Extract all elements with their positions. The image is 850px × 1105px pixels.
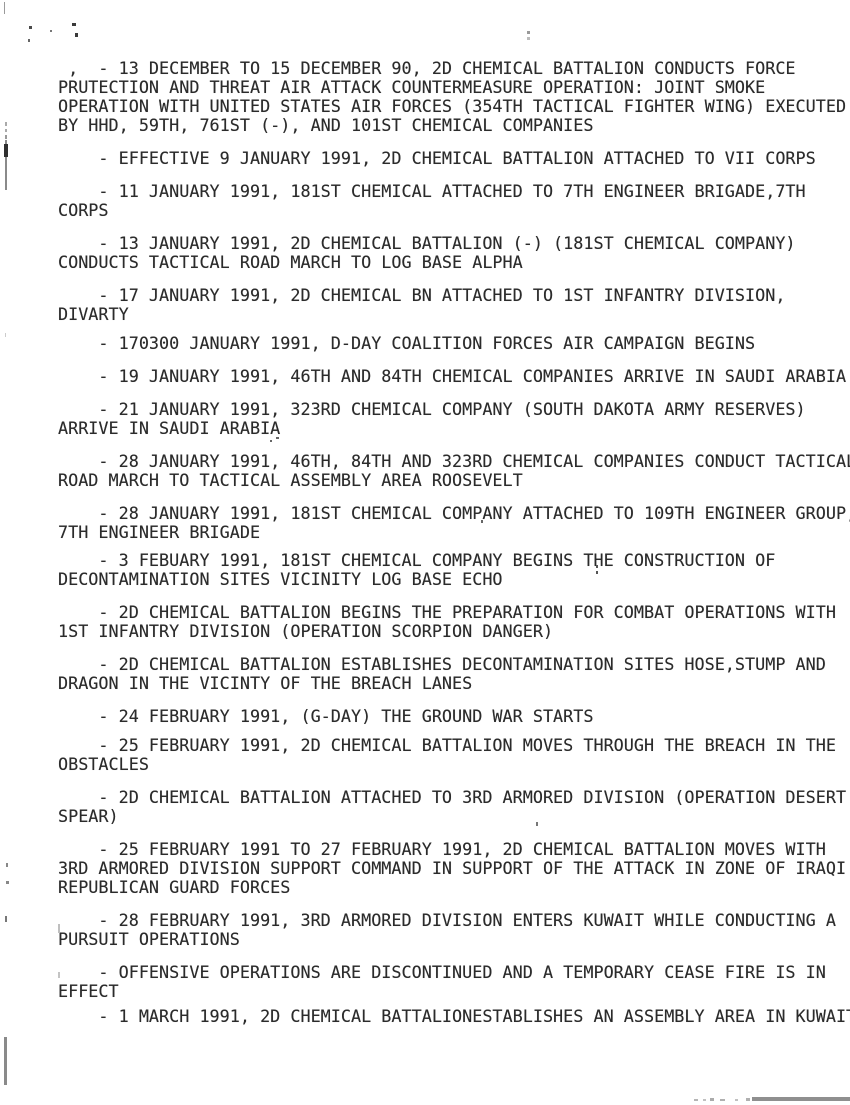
event-paragraph: - 25 FEBRUARY 1991, 2D CHEMICAL BATTALIO… <box>58 736 850 774</box>
event-paragraph: , - 13 DECEMBER TO 15 DECEMBER 90, 2D CH… <box>58 59 850 135</box>
timeline-text: , - 13 DECEMBER TO 15 DECEMBER 90, 2D CH… <box>58 59 850 1026</box>
event-paragraph: - 2D CHEMICAL BATTALION BEGINS THE PREPA… <box>58 603 850 641</box>
text-line: - 13 JANUARY 1991, 2D CHEMICAL BATTALION… <box>58 234 850 253</box>
scan-artifact-bottom-dash <box>710 1098 714 1101</box>
scan-artifact-dot <box>50 30 52 32</box>
text-line: SPEAR) <box>58 807 850 826</box>
event-paragraph: - 170300 JANUARY 1991, D-DAY COALITION F… <box>58 334 850 353</box>
event-paragraph: - 17 JANUARY 1991, 2D CHEMICAL BN ATTACH… <box>58 286 850 324</box>
text-line: REPUBLICAN GUARD FORCES <box>58 878 850 897</box>
text-line: DIVARTY <box>58 305 850 324</box>
text-line: - 21 JANUARY 1991, 323RD CHEMICAL COMPAN… <box>58 400 850 419</box>
event-paragraph: - 21 JANUARY 1991, 323RD CHEMICAL COMPAN… <box>58 400 850 438</box>
scan-artifact-bottom-dash <box>703 1099 706 1101</box>
text-line: EFFECT <box>58 982 850 1001</box>
text-line: OPERATION WITH UNITED STATES AIR FORCES … <box>58 97 850 116</box>
scan-artifact-dot <box>6 863 8 867</box>
text-line: OBSTACLES <box>58 755 850 774</box>
text-line: DECONTAMINATION SITES VICINITY LOG BASE … <box>58 570 850 589</box>
text-line: 7TH ENGINEER BRIGADE <box>58 523 850 542</box>
text-line: PRUTECTION AND THREAT AIR ATTACK COUNTER… <box>58 78 850 97</box>
text-line: - 170300 JANUARY 1991, D-DAY COALITION F… <box>58 334 850 353</box>
text-line: - 17 JANUARY 1991, 2D CHEMICAL BN ATTACH… <box>58 286 850 305</box>
scan-artifact-colon-mark <box>527 31 530 34</box>
text-line: DRAGON IN THE VICINTY OF THE BREACH LANE… <box>58 674 850 693</box>
text-line: ROAD MARCH TO TACTICAL ASSEMBLY AREA ROO… <box>58 471 850 490</box>
event-paragraph: - EFFECTIVE 9 JANUARY 1991, 2D CHEMICAL … <box>58 149 850 168</box>
scan-artifact-dot <box>29 26 32 29</box>
scan-artifact-bottom-dash <box>735 1099 738 1101</box>
text-line: - 11 JANUARY 1991, 181ST CHEMICAL ATTACH… <box>58 182 850 201</box>
text-line: 1ST INFANTRY DIVISION (OPERATION SCORPIO… <box>58 622 850 641</box>
event-paragraph: - 19 JANUARY 1991, 46TH AND 84TH CHEMICA… <box>58 367 850 386</box>
event-paragraph: - 24 FEBRUARY 1991, (G-DAY) THE GROUND W… <box>58 707 850 726</box>
scan-artifact-bottom-dash <box>720 1099 725 1101</box>
scan-artifact-top-left-tick <box>4 2 5 14</box>
scan-artifact-dot <box>6 881 9 884</box>
text-line: 3RD ARMORED DIVISION SUPPORT COMMAND IN … <box>58 859 850 878</box>
text-line: - 2D CHEMICAL BATTALION BEGINS THE PREPA… <box>58 603 850 622</box>
text-line: - 28 FEBRUARY 1991, 3RD ARMORED DIVISION… <box>58 911 850 930</box>
scan-artifact-mark <box>276 437 279 439</box>
scan-artifact-bottom-line <box>752 1097 850 1101</box>
text-line: - EFFECTIVE 9 JANUARY 1991, 2D CHEMICAL … <box>58 149 850 168</box>
text-line: - 2D CHEMICAL BATTALION ATTACHED TO 3RD … <box>58 788 850 807</box>
scan-artifact-dot <box>75 33 78 37</box>
event-paragraph: - OFFENSIVE OPERATIONS ARE DISCONTINUED … <box>58 963 850 1001</box>
scan-artifact-colon-mark <box>527 37 530 40</box>
text-line: CORPS <box>58 201 850 220</box>
scan-artifact-dot <box>5 333 6 337</box>
text-line: - OFFENSIVE OPERATIONS ARE DISCONTINUED … <box>58 963 850 982</box>
text-line: - 19 JANUARY 1991, 46TH AND 84TH CHEMICA… <box>58 367 850 386</box>
scan-artifact-tick <box>58 972 60 978</box>
event-paragraph: - 25 FEBRUARY 1991 TO 27 FEBRUARY 1991, … <box>58 840 850 897</box>
scan-artifact-left-bar-dash <box>5 122 7 126</box>
text-line: - 1 MARCH 1991, 2D CHEMICAL BATTALIONEST… <box>58 1007 850 1026</box>
scan-artifact-left-bar-bottom <box>4 1037 7 1085</box>
scan-artifact-dot <box>5 916 7 922</box>
event-paragraph: - 2D CHEMICAL BATTALION ESTABLISHES DECO… <box>58 655 850 693</box>
scan-artifact-bottom-dash <box>694 1099 698 1101</box>
text-line: - 25 FEBRUARY 1991, 2D CHEMICAL BATTALIO… <box>58 736 850 755</box>
event-paragraph: - 3 FEBUARY 1991, 181ST CHEMICAL COMPANY… <box>58 551 850 589</box>
text-line: BY HHD, 59TH, 761ST (-), AND 101ST CHEMI… <box>58 116 850 135</box>
text-line: - 25 FEBRUARY 1991 TO 27 FEBRUARY 1991, … <box>58 840 850 859</box>
event-paragraph: - 28 JANUARY 1991, 46TH, 84TH AND 323RD … <box>58 452 850 490</box>
text-line: - 2D CHEMICAL BATTALION ESTABLISHES DECO… <box>58 655 850 674</box>
scan-artifact-dot <box>72 23 76 26</box>
text-line: - 24 FEBRUARY 1991, (G-DAY) THE GROUND W… <box>58 707 850 726</box>
event-paragraph: - 28 FEBRUARY 1991, 3RD ARMORED DIVISION… <box>58 911 850 949</box>
text-line: PURSUIT OPERATIONS <box>58 930 850 949</box>
text-line: - 3 FEBUARY 1991, 181ST CHEMICAL COMPANY… <box>58 551 850 570</box>
event-paragraph: - 11 JANUARY 1991, 181ST CHEMICAL ATTACH… <box>58 182 850 220</box>
scan-artifact-bottom-dash <box>746 1098 750 1101</box>
text-line: ARRIVE IN SAUDI ARABIA <box>58 419 850 438</box>
event-paragraph: - 2D CHEMICAL BATTALION ATTACHED TO 3RD … <box>58 788 850 826</box>
event-paragraph: - 1 MARCH 1991, 2D CHEMICAL BATTALIONEST… <box>58 1007 850 1026</box>
scan-artifact-dot <box>481 520 483 523</box>
scan-artifact-tick <box>58 924 60 933</box>
text-line: - 28 JANUARY 1991, 181ST CHEMICAL COMPAN… <box>58 504 850 523</box>
scan-artifact-left-bar-dark <box>4 144 8 157</box>
scan-artifact-mark <box>536 822 538 826</box>
scan-artifact-left-bar-dash <box>5 129 7 132</box>
text-line: - 28 JANUARY 1991, 46TH, 84TH AND 323RD … <box>58 452 850 471</box>
scan-artifact-colon-mark <box>596 571 598 574</box>
scan-artifact-mark <box>270 440 272 442</box>
event-paragraph: - 28 JANUARY 1991, 181ST CHEMICAL COMPAN… <box>58 504 850 542</box>
document-page: , - 13 DECEMBER TO 15 DECEMBER 90, 2D CH… <box>0 0 850 1105</box>
scan-artifact-colon-mark <box>596 565 598 568</box>
scan-artifact-dot <box>28 39 30 42</box>
text-line: , - 13 DECEMBER TO 15 DECEMBER 90, 2D CH… <box>58 59 850 78</box>
event-paragraph: - 13 JANUARY 1991, 2D CHEMICAL BATTALION… <box>58 234 850 272</box>
scan-artifact-left-bar-dash <box>5 135 7 139</box>
text-line: CONDUCTS TACTICAL ROAD MARCH TO LOG BASE… <box>58 253 850 272</box>
